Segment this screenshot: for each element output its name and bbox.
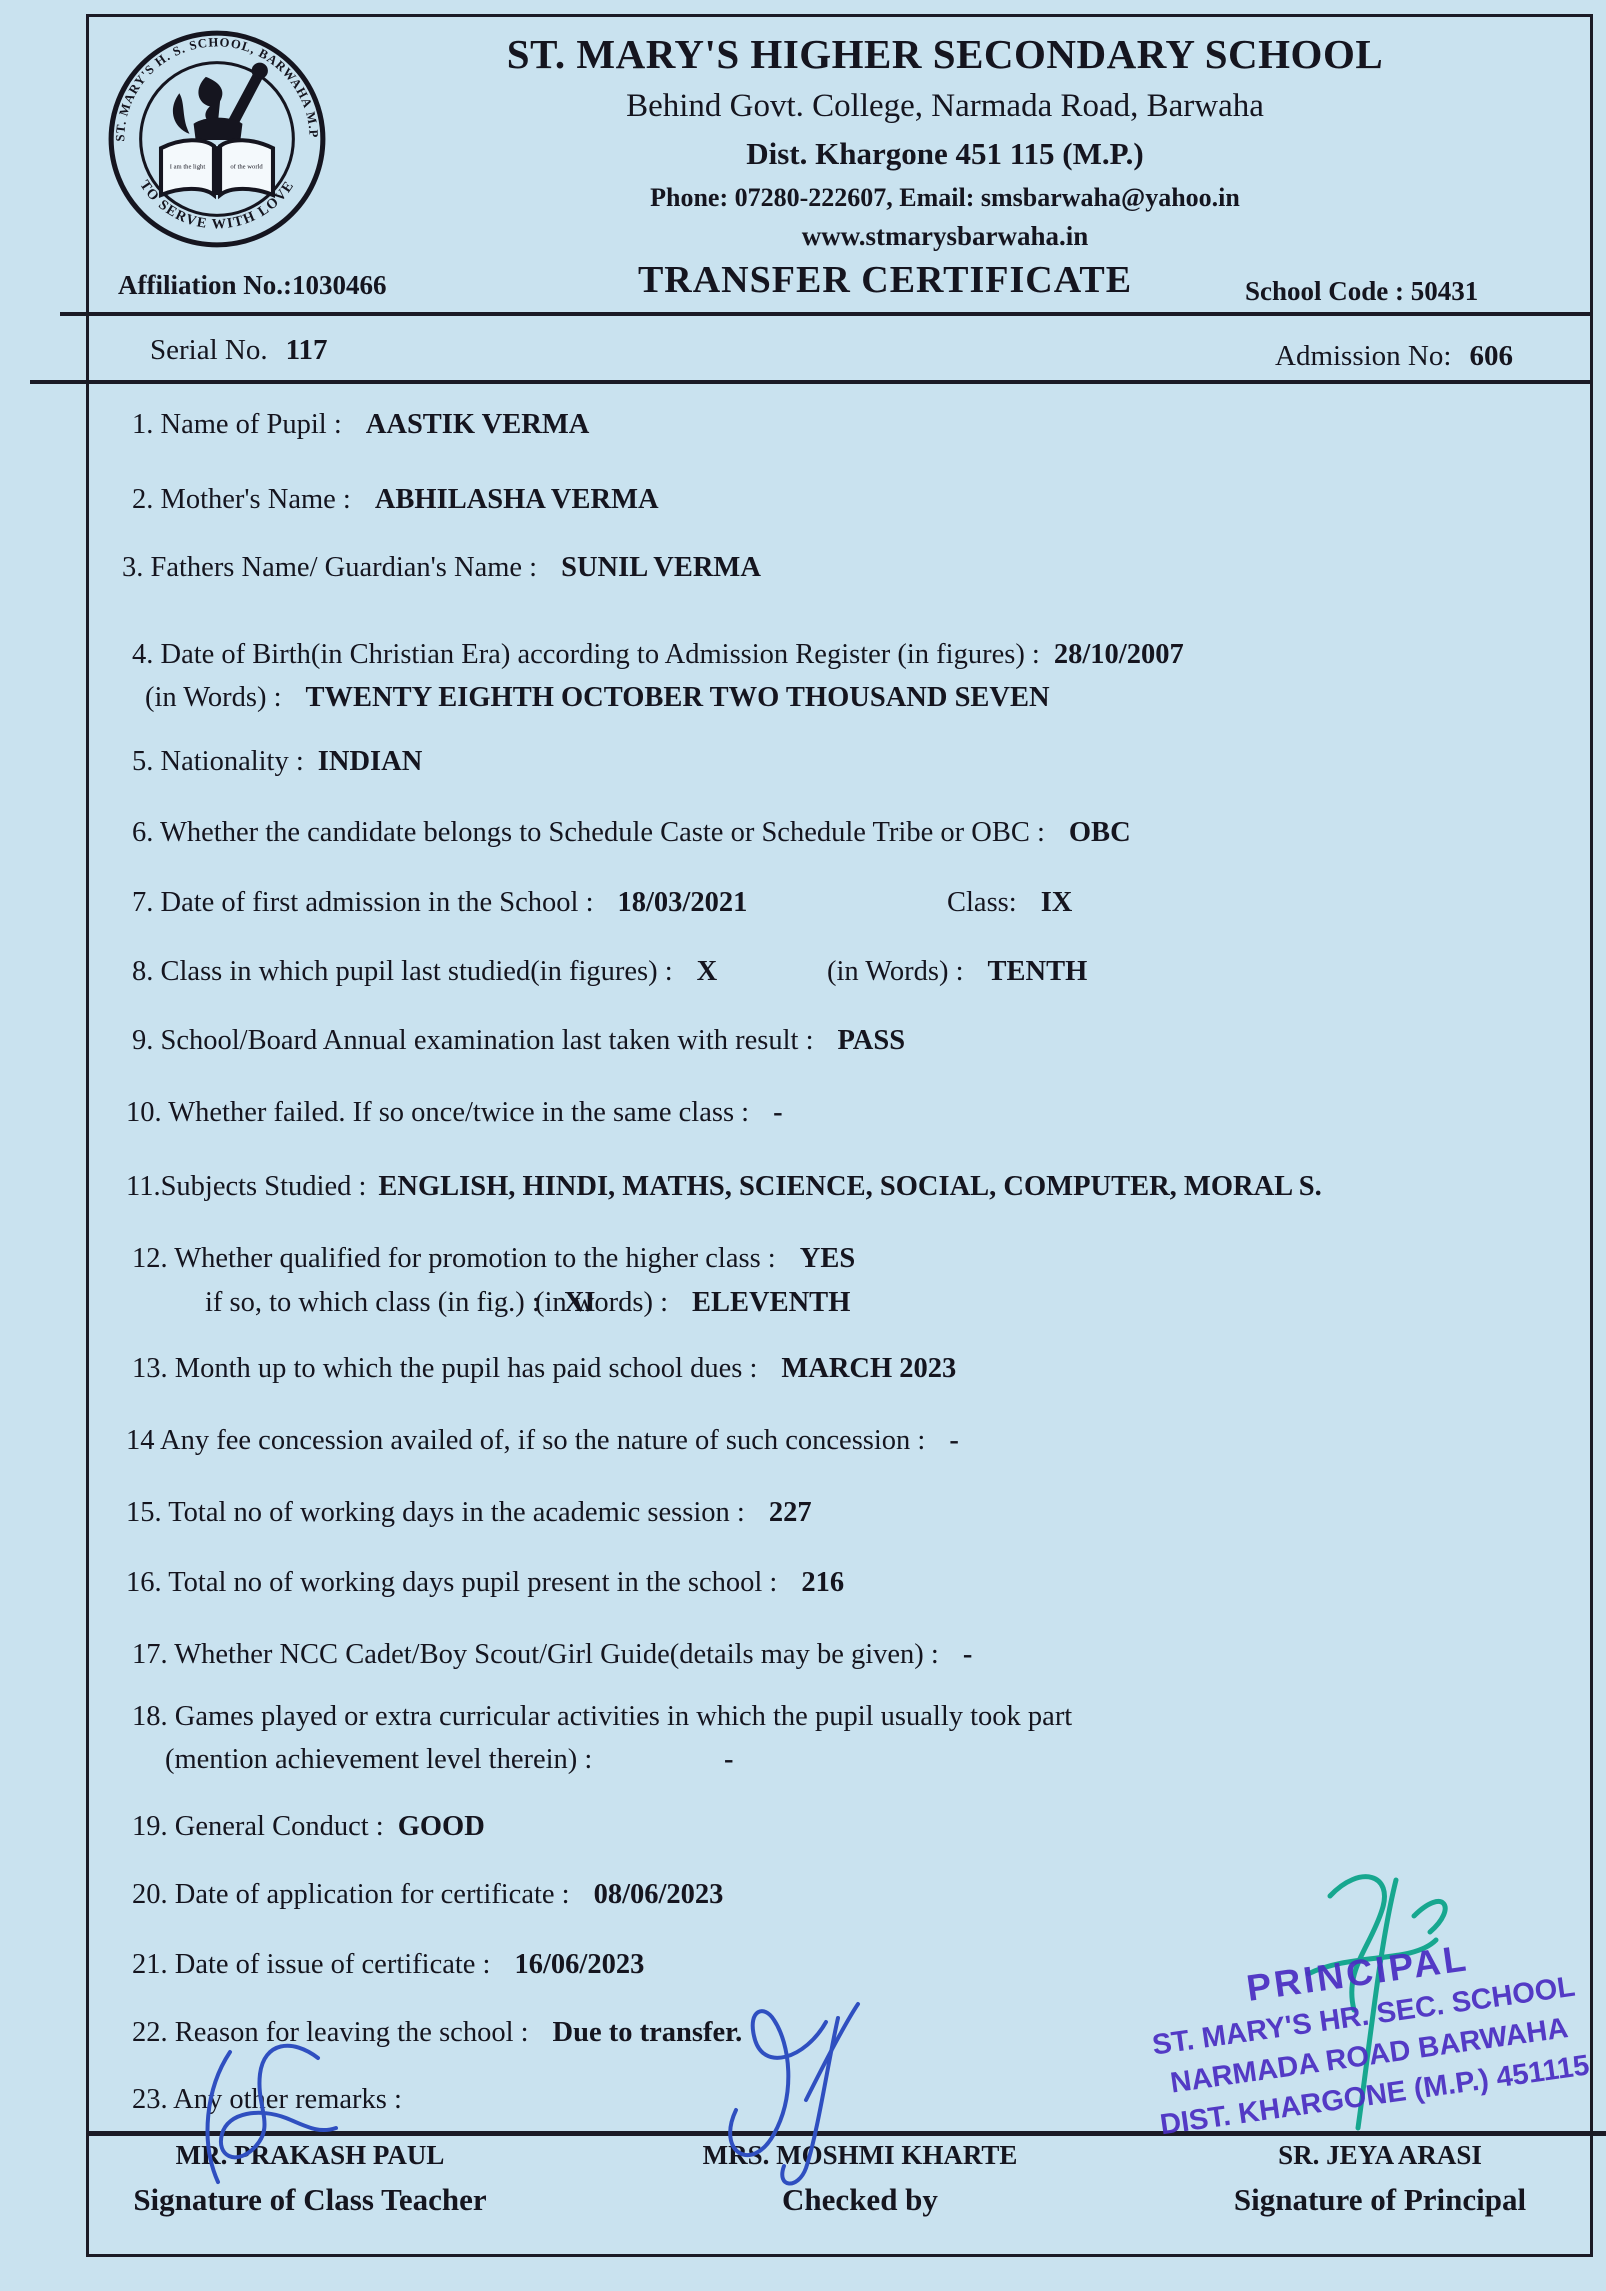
principal-name: SR. JEYA ARASI bbox=[1180, 2140, 1580, 2171]
field-application-date: 20. Date of application for certificate … bbox=[132, 1878, 1562, 1912]
field-label: 20. Date of application for certificate … bbox=[132, 1879, 570, 1910]
serial-divider-line bbox=[30, 380, 1590, 384]
logo-open-book: I am the light of the world bbox=[161, 140, 273, 195]
field-value: TENTH bbox=[988, 956, 1088, 987]
field-label: 15. Total no of working days in the acad… bbox=[126, 1497, 745, 1528]
school-contact: Phone: 07280-222607, Email: smsbarwaha@y… bbox=[300, 183, 1590, 213]
field-caste-category: 6. Whether the candidate belongs to Sche… bbox=[132, 816, 1562, 850]
field-value: MARCH 2023 bbox=[781, 1353, 956, 1384]
field-value: AASTIK VERMA bbox=[366, 409, 590, 440]
field-label: 7. Date of first admission in the School… bbox=[132, 887, 593, 918]
school-website: www.stmarysbarwaha.in bbox=[300, 221, 1590, 252]
field-value: - bbox=[963, 1639, 973, 1670]
document-title: TRANSFER CERTIFICATE bbox=[585, 258, 1185, 302]
field-nationality: 5. Nationality :INDIAN bbox=[132, 745, 1562, 779]
field-value: IX bbox=[1041, 887, 1073, 918]
field-label: 4. Date of Birth(in Christian Era) accor… bbox=[132, 639, 1040, 670]
field-last-class-words: (in Words) :TENTH bbox=[827, 955, 1087, 989]
field-label: 11.Subjects Studied : bbox=[126, 1171, 366, 1202]
field-promotion: 12. Whether qualified for promotion to t… bbox=[132, 1242, 1562, 1276]
field-value: ELEVENTH bbox=[692, 1287, 850, 1318]
field-working-days: 15. Total no of working days in the acad… bbox=[126, 1496, 1556, 1530]
field-pupil-name: 1. Name of Pupil :AASTIK VERMA bbox=[132, 408, 1562, 442]
field-value: INDIAN bbox=[318, 746, 423, 777]
field-games-activities: 18. Games played or extra curricular act… bbox=[132, 1700, 1562, 1734]
field-fee-concession: 14 Any fee concession availed of, if so … bbox=[126, 1424, 1556, 1458]
school-address: Behind Govt. College, Narmada Road, Barw… bbox=[300, 88, 1590, 125]
field-days-present: 16. Total no of working days pupil prese… bbox=[126, 1566, 1556, 1600]
logo-lamp-figure bbox=[173, 63, 268, 140]
field-value: SUNIL VERMA bbox=[561, 552, 761, 583]
field-label: 9. School/Board Annual examination last … bbox=[132, 1025, 814, 1056]
field-admission-class: Class:IX bbox=[947, 886, 1072, 920]
field-exam-result: 9. School/Board Annual examination last … bbox=[132, 1024, 1562, 1058]
field-value: ENGLISH, HINDI, MATHS, SCIENCE, SOCIAL, … bbox=[378, 1171, 1321, 1202]
field-value: 227 bbox=[769, 1497, 812, 1528]
field-ncc-scout: 17. Whether NCC Cadet/Boy Scout/Girl Gui… bbox=[132, 1638, 1562, 1672]
field-label: (in words) : bbox=[535, 1287, 668, 1318]
field-value: ABHILASHA VERMA bbox=[375, 484, 659, 515]
field-value: Due to transfer. bbox=[553, 2017, 743, 2048]
field-label: 2. Mother's Name : bbox=[132, 484, 351, 515]
field-label: 3. Fathers Name/ Guardian's Name : bbox=[122, 552, 537, 583]
field-first-admission: 7. Date of first admission in the School… bbox=[132, 886, 1562, 920]
signature-divider-line bbox=[86, 2131, 1606, 2136]
field-value: GOOD bbox=[398, 1811, 485, 1842]
field-label: if so, to which class (in fig.) : bbox=[205, 1287, 540, 1318]
field-value: 08/06/2023 bbox=[594, 1879, 724, 1910]
field-label: 18. Games played or extra curricular act… bbox=[132, 1701, 1072, 1732]
field-last-class: 8. Class in which pupil last studied(in … bbox=[132, 955, 1562, 989]
checked-by-title: Checked by bbox=[650, 2182, 1070, 2218]
field-value: 16/06/2023 bbox=[514, 1949, 644, 1980]
field-label: 5. Nationality : bbox=[132, 746, 304, 777]
admission-label: Admission No: bbox=[1275, 340, 1451, 372]
school-district: Dist. Khargone 451 115 (M.P.) bbox=[300, 136, 1590, 172]
field-label: 16. Total no of working days pupil prese… bbox=[126, 1567, 777, 1598]
field-promotion-class-words: (in words) :ELEVENTH bbox=[535, 1286, 850, 1320]
book-left-text: I am the light bbox=[170, 164, 206, 171]
field-value: - bbox=[773, 1097, 783, 1128]
field-label: Class: bbox=[947, 887, 1017, 918]
header-divider-line bbox=[60, 312, 1590, 316]
school-name: ST. MARY'S HIGHER SECONDARY SCHOOL bbox=[300, 30, 1590, 78]
field-label: 21. Date of issue of certificate : bbox=[132, 1949, 490, 1980]
field-dues-paid: 13. Month up to which the pupil has paid… bbox=[132, 1352, 1562, 1386]
field-value: YES bbox=[800, 1243, 855, 1274]
field-label: 13. Month up to which the pupil has paid… bbox=[132, 1353, 757, 1384]
field-failed: 10. Whether failed. If so once/twice in … bbox=[126, 1096, 1556, 1130]
affiliation-number: Affiliation No.:1030466 bbox=[118, 270, 386, 301]
field-label: (mention achievement level therein) : bbox=[165, 1744, 592, 1775]
field-value: 18/03/2021 bbox=[617, 887, 747, 918]
field-subjects: 11.Subjects Studied :ENGLISH, HINDI, MAT… bbox=[126, 1170, 1556, 1204]
principal-title: Signature of Principal bbox=[1180, 2182, 1580, 2218]
field-label: 1. Name of Pupil : bbox=[132, 409, 342, 440]
field-value: - bbox=[949, 1425, 959, 1456]
field-label: 19. General Conduct : bbox=[132, 1811, 384, 1842]
field-father-name: 3. Fathers Name/ Guardian's Name :SUNIL … bbox=[122, 551, 1552, 585]
field-value: - bbox=[724, 1743, 734, 1777]
field-value: 28/10/2007 bbox=[1054, 639, 1184, 670]
field-value: TWENTY EIGHTH OCTOBER TWO THOUSAND SEVEN bbox=[306, 682, 1050, 713]
field-label: 12. Whether qualified for promotion to t… bbox=[132, 1243, 776, 1274]
field-mother-name: 2. Mother's Name :ABHILASHA VERMA bbox=[132, 483, 1562, 517]
field-label: (in Words) : bbox=[827, 956, 964, 987]
field-achievement-level: (mention achievement level therein) : - bbox=[165, 1743, 1595, 1777]
field-label: 17. Whether NCC Cadet/Boy Scout/Girl Gui… bbox=[132, 1639, 939, 1670]
serial-label: Serial No. bbox=[150, 334, 268, 366]
class-teacher-title: Signature of Class Teacher bbox=[80, 2182, 540, 2218]
field-value: 216 bbox=[801, 1567, 844, 1598]
field-promotion-class: if so, to which class (in fig.) :XI (in … bbox=[205, 1286, 1606, 1320]
transfer-certificate-page: ST. MARY'S H. S. SCHOOL, BARWAHA M.P. TO… bbox=[0, 0, 1606, 2291]
field-value: X bbox=[697, 956, 718, 987]
field-dob-figures: 4. Date of Birth(in Christian Era) accor… bbox=[132, 638, 1562, 672]
field-dob-words: (in Words) :TWENTY EIGHTH OCTOBER TWO TH… bbox=[145, 681, 1575, 715]
field-value: PASS bbox=[838, 1025, 906, 1056]
field-label: 10. Whether failed. If so once/twice in … bbox=[126, 1097, 749, 1128]
school-code: School Code : 50431 bbox=[1245, 276, 1575, 307]
admission-value: 606 bbox=[1469, 340, 1513, 372]
class-teacher-name: MR. PRAKASH PAUL bbox=[110, 2140, 510, 2171]
field-label: 14 Any fee concession availed of, if so … bbox=[126, 1425, 925, 1456]
book-right-text: of the world bbox=[230, 164, 263, 171]
school-logo: ST. MARY'S H. S. SCHOOL, BARWAHA M.P. TO… bbox=[104, 26, 330, 252]
serial-number: Serial No.117 bbox=[150, 334, 328, 367]
field-label: 22. Reason for leaving the school : bbox=[132, 2017, 529, 2048]
field-general-conduct: 19. General Conduct :GOOD bbox=[132, 1810, 1562, 1844]
checked-by-name: MRS. MOSHMI KHARTE bbox=[650, 2140, 1070, 2171]
field-label: 6. Whether the candidate belongs to Sche… bbox=[132, 817, 1045, 848]
serial-value: 117 bbox=[286, 334, 328, 366]
field-label: 8. Class in which pupil last studied(in … bbox=[132, 956, 673, 987]
field-label: (in Words) : bbox=[145, 682, 282, 713]
field-value: OBC bbox=[1069, 817, 1131, 848]
admission-number: Admission No:606 bbox=[1275, 340, 1513, 373]
field-label: 23. Any other remarks : bbox=[132, 2084, 402, 2115]
